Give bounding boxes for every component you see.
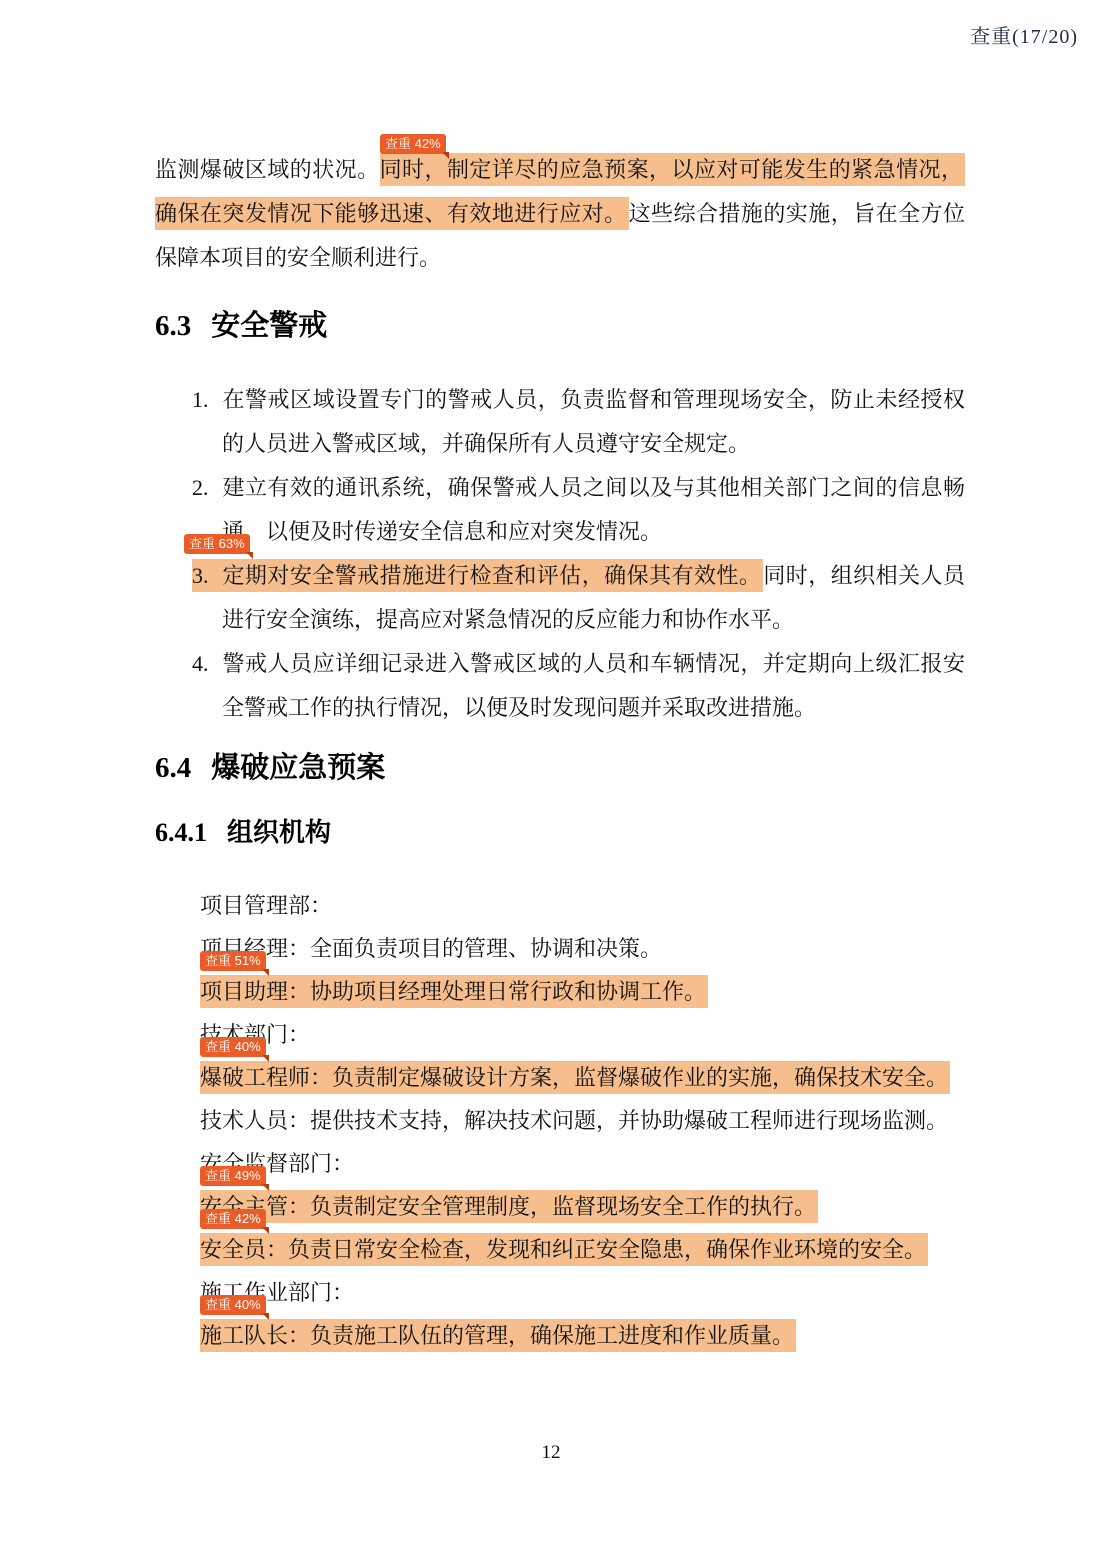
duplicate-badge[interactable]: 查重 40% <box>200 1037 266 1057</box>
text-plain: 这些综合措施的实施，旨在全方位 <box>629 201 965 226</box>
badge-pointer-icon <box>262 1227 269 1234</box>
section-title: 安全警戒 <box>211 310 327 342</box>
badge-label: 查重 40% <box>205 1040 261 1053</box>
list-item-line: 全警戒工作的执行情况，以便及时发现问题并采取改进措施。 <box>222 686 965 730</box>
text-plain: 进行安全演练，提高应对紧急情况的反应能力和协作水平。 <box>222 607 794 632</box>
text-plain: 监测爆破区域的状况。 <box>155 157 380 182</box>
list-item-3: 查重 63% 3.定期对安全警戒措施进行检查和评估，确保其有效性。同时，组织相关… <box>192 554 965 642</box>
section-heading-6-3: 6.3安全警戒 <box>155 304 965 348</box>
text-plain: 建立有效的通讯系统，确保警戒人员之间以及与其他相关部门之间的信息畅 <box>222 475 965 500</box>
highlighted-text[interactable]: 同时，制定详尽的应急预案，以应对可能发生的紧急情况， <box>380 153 965 186</box>
section-number: 6.4.1 <box>155 818 207 847</box>
badge-pointer-icon <box>262 969 269 976</box>
list-item-line: 2.建立有效的通讯系统，确保警戒人员之间以及与其他相关部门之间的信息畅 <box>192 466 965 510</box>
badge-label: 查重 40% <box>205 1298 261 1311</box>
text-plain: 通，以便及时传递安全信息和应对突发情况。 <box>222 519 662 544</box>
text-plain: 技术人员：提供技术支持，解决技术问题，并协助爆破工程师进行现场监测。 <box>200 1108 948 1133</box>
paragraph-line: 确保在突发情况下能够迅速、有效地进行应对。这些综合措施的实施，旨在全方位 <box>155 192 965 236</box>
organization-section: 项目管理部： 项目经理：全面负责项目的管理、协调和决策。 查重 51% 项目助理… <box>200 884 965 1357</box>
list-item-2: 2.建立有效的通讯系统，确保警戒人员之间以及与其他相关部门之间的信息畅 通，以便… <box>192 466 965 554</box>
duplicate-badge[interactable]: 查重 40% <box>200 1295 266 1315</box>
badge-label: 查重 49% <box>205 1169 261 1182</box>
text-plain: 在警戒区域设置专门的警戒人员，负责监督和管理现场安全，防止未经授权 <box>222 387 965 412</box>
badge-label: 查重 42% <box>385 137 441 150</box>
highlighted-text[interactable]: 安全主管：负责制定安全管理制度，监督现场安全工作的执行。 <box>200 1190 818 1223</box>
section-title: 组织机构 <box>227 817 331 847</box>
text-plain: 警戒人员应详细记录进入警戒区域的人员和车辆情况，并定期向上级汇报安 <box>222 651 965 676</box>
badge-pointer-icon <box>246 552 253 559</box>
list-number: 2. <box>192 466 222 510</box>
org-dept-technical: 技术部门： <box>200 1013 965 1056</box>
org-role-safety-supervisor: 查重 49% 安全主管：负责制定安全管理制度，监督现场安全工作的执行。 <box>200 1185 965 1228</box>
document-page: 查重(17/20) 查重 42% 监测爆破区域的状况。同时，制定详尽的应急预案，… <box>0 0 1102 1559</box>
org-role-project-assistant: 查重 51% 项目助理：协助项目经理处理日常行政和协调工作。 <box>200 970 965 1013</box>
list-number: 4. <box>192 642 222 686</box>
text-plain: 全警戒工作的执行情况，以便及时发现问题并采取改进措施。 <box>222 695 816 720</box>
text-highlight: 定期对安全警戒措施进行检查和评估，确保其有效性。 <box>222 563 761 588</box>
list-item-line: 的人员进入警戒区域，并确保所有人员遵守安全规定。 <box>222 422 965 466</box>
text-plain: 项目管理部： <box>200 893 332 918</box>
page-number: 12 <box>0 1442 1102 1464</box>
duplicate-badge[interactable]: 查重 51% <box>200 951 266 971</box>
list-item-line: 1.在警戒区域设置专门的警戒人员，负责监督和管理现场安全，防止未经授权 <box>192 378 965 422</box>
text-plain: 保障本项目的安全顺利进行。 <box>155 245 441 270</box>
paragraph-line: 保障本项目的安全顺利进行。 <box>155 236 965 280</box>
highlighted-text[interactable]: 施工队长：负责施工队伍的管理，确保施工进度和作业质量。 <box>200 1319 796 1352</box>
highlighted-text[interactable]: 项目助理：协助项目经理处理日常行政和协调工作。 <box>200 975 708 1008</box>
badge-pointer-icon <box>442 152 449 159</box>
badge-pointer-icon <box>262 1055 269 1062</box>
highlighted-text[interactable]: 安全员：负责日常安全检查，发现和纠正安全隐患，确保作业环境的安全。 <box>200 1233 928 1266</box>
section-number: 6.4 <box>155 752 191 784</box>
list-item-4: 4.警戒人员应详细记录进入警戒区域的人员和车辆情况，并定期向上级汇报安 全警戒工… <box>192 642 965 730</box>
highlighted-text[interactable]: 3.定期对安全警戒措施进行检查和评估，确保其有效性。 <box>192 559 763 592</box>
org-role-project-manager: 项目经理：全面负责项目的管理、协调和决策。 <box>200 927 965 970</box>
duplicate-badge[interactable]: 查重 63% <box>184 534 250 554</box>
numbered-list: 1.在警戒区域设置专门的警戒人员，负责监督和管理现场安全，防止未经授权 的人员进… <box>192 378 965 730</box>
text-plain: 项目经理：全面负责项目的管理、协调和决策。 <box>200 936 662 961</box>
badge-pointer-icon <box>262 1184 269 1191</box>
section-heading-6-4-1: 6.4.1组织机构 <box>155 814 965 851</box>
org-dept-project-management: 项目管理部： <box>200 884 965 927</box>
badge-label: 查重 63% <box>189 537 245 550</box>
org-role-construction-leader: 查重 40% 施工队长：负责施工队伍的管理，确保施工进度和作业质量。 <box>200 1314 965 1357</box>
badge-label: 查重 42% <box>205 1212 261 1225</box>
list-item-line: 进行安全演练，提高应对紧急情况的反应能力和协作水平。 <box>222 598 965 642</box>
paragraph-intro: 查重 42% 监测爆破区域的状况。同时，制定详尽的应急预案，以应对可能发生的紧急… <box>155 148 965 280</box>
org-role-technician: 技术人员：提供技术支持，解决技术问题，并协助爆破工程师进行现场监测。 <box>200 1099 965 1142</box>
list-item-line: 通，以便及时传递安全信息和应对突发情况。 <box>222 510 965 554</box>
section-heading-6-4: 6.4爆破应急预案 <box>155 746 965 790</box>
org-role-safety-officer: 查重 42% 安全员：负责日常安全检查，发现和纠正安全隐患，确保作业环境的安全。 <box>200 1228 965 1271</box>
highlighted-text[interactable]: 爆破工程师：负责制定爆破设计方案，监督爆破作业的实施，确保技术安全。 <box>200 1061 950 1094</box>
duplicate-badge[interactable]: 查重 42% <box>200 1209 266 1229</box>
org-dept-safety-supervision: 安全监督部门： <box>200 1142 965 1185</box>
section-title: 爆破应急预案 <box>211 752 385 784</box>
section-number: 6.3 <box>155 310 191 342</box>
duplicate-badge[interactable]: 查重 42% <box>380 134 446 154</box>
highlighted-text[interactable]: 确保在突发情况下能够迅速、有效地进行应对。 <box>155 197 629 230</box>
list-item-1: 1.在警戒区域设置专门的警戒人员，负责监督和管理现场安全，防止未经授权 的人员进… <box>192 378 965 466</box>
org-role-blasting-engineer: 查重 40% 爆破工程师：负责制定爆破设计方案，监督爆破作业的实施，确保技术安全… <box>200 1056 965 1099</box>
page-content: 查重 42% 监测爆破区域的状况。同时，制定详尽的应急预案，以应对可能发生的紧急… <box>155 148 965 1357</box>
list-item-line: 4.警戒人员应详细记录进入警戒区域的人员和车辆情况，并定期向上级汇报安 <box>192 642 965 686</box>
list-item-line: 3.定期对安全警戒措施进行检查和评估，确保其有效性。同时，组织相关人员 <box>192 554 965 598</box>
list-number: 3. <box>192 554 222 598</box>
paragraph-line: 监测爆破区域的状况。同时，制定详尽的应急预案，以应对可能发生的紧急情况， <box>155 148 965 192</box>
text-plain: 同时，组织相关人员 <box>763 563 965 588</box>
org-dept-construction: 施工作业部门： <box>200 1271 965 1314</box>
text-plain: 的人员进入警戒区域，并确保所有人员遵守安全规定。 <box>222 431 750 456</box>
duplicate-check-counter: 查重(17/20) <box>970 20 1078 49</box>
duplicate-badge[interactable]: 查重 49% <box>200 1166 266 1186</box>
list-number: 1. <box>192 378 222 422</box>
badge-pointer-icon <box>262 1313 269 1320</box>
badge-label: 查重 51% <box>205 954 261 967</box>
